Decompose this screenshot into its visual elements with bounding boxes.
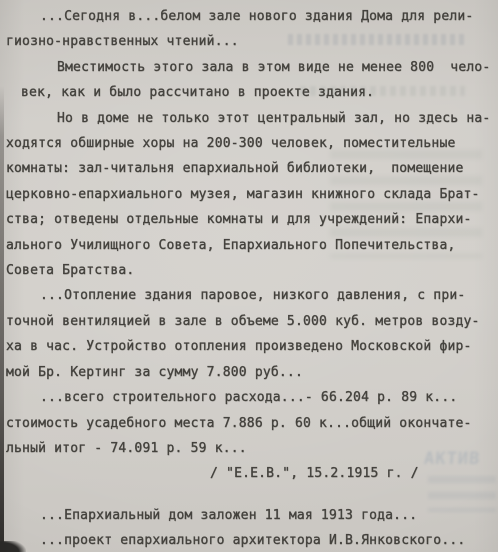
text-line: ...всего строительного расхода...- 66.20… xyxy=(6,385,498,410)
text-line: стоимость усадебного места 7.886 р. 60 к… xyxy=(6,411,498,436)
text-line: льный итог - 74.091 р. 59 к... xyxy=(6,436,498,461)
text-line: Но в доме не только этот центральный зал… xyxy=(6,106,498,131)
text-line: ха в час. Устройство отопления произведе… xyxy=(6,334,498,359)
text-line: гиозно-нравственных чтений... xyxy=(6,29,498,54)
document-text: ...Сегодня в...белом зале нового здания … xyxy=(6,4,498,552)
scanned-document-page: АКТИВ ...Сегодня в...белом зале нового з… xyxy=(0,0,498,552)
text-line: точной вентиляцией в зале в объеме 5.000… xyxy=(6,309,498,334)
text-line: ...Сегодня в...белом зале нового здания … xyxy=(6,4,498,29)
text-line: ...Отопление здания паровое, низкого дав… xyxy=(6,283,498,308)
text-line: ...проект епархиального архитектора И.В.… xyxy=(6,528,498,552)
text-line: век, как и было рассчитано в проекте зда… xyxy=(6,80,498,105)
text-line: ального Училищного Совета, Епархиального… xyxy=(6,233,498,258)
scan-edge-shadow xyxy=(0,86,4,552)
text-line: Вместимость этого зала в этом виде не ме… xyxy=(6,55,498,80)
text-line: / "Е.Е.В.", 15.2.1915 г. / xyxy=(6,461,498,486)
text-line: ства; отведены отдельные комнаты и для у… xyxy=(6,207,498,232)
text-line: ходятся обширные хоры на 200-300 человек… xyxy=(6,131,498,156)
text-line: мой Бр. Кертинг за сумму 7.800 руб... xyxy=(6,360,498,385)
text-line: церковно-епархиального музея, магазин кн… xyxy=(6,182,498,207)
text-line: комнаты: зал-читальня епархиальной библи… xyxy=(6,156,498,181)
scan-corner-shadow xyxy=(0,541,26,552)
text-line: ...Епархиальный дом заложен 11 мая 1913 … xyxy=(6,503,498,528)
text-line: Совета Братства. xyxy=(6,258,498,283)
